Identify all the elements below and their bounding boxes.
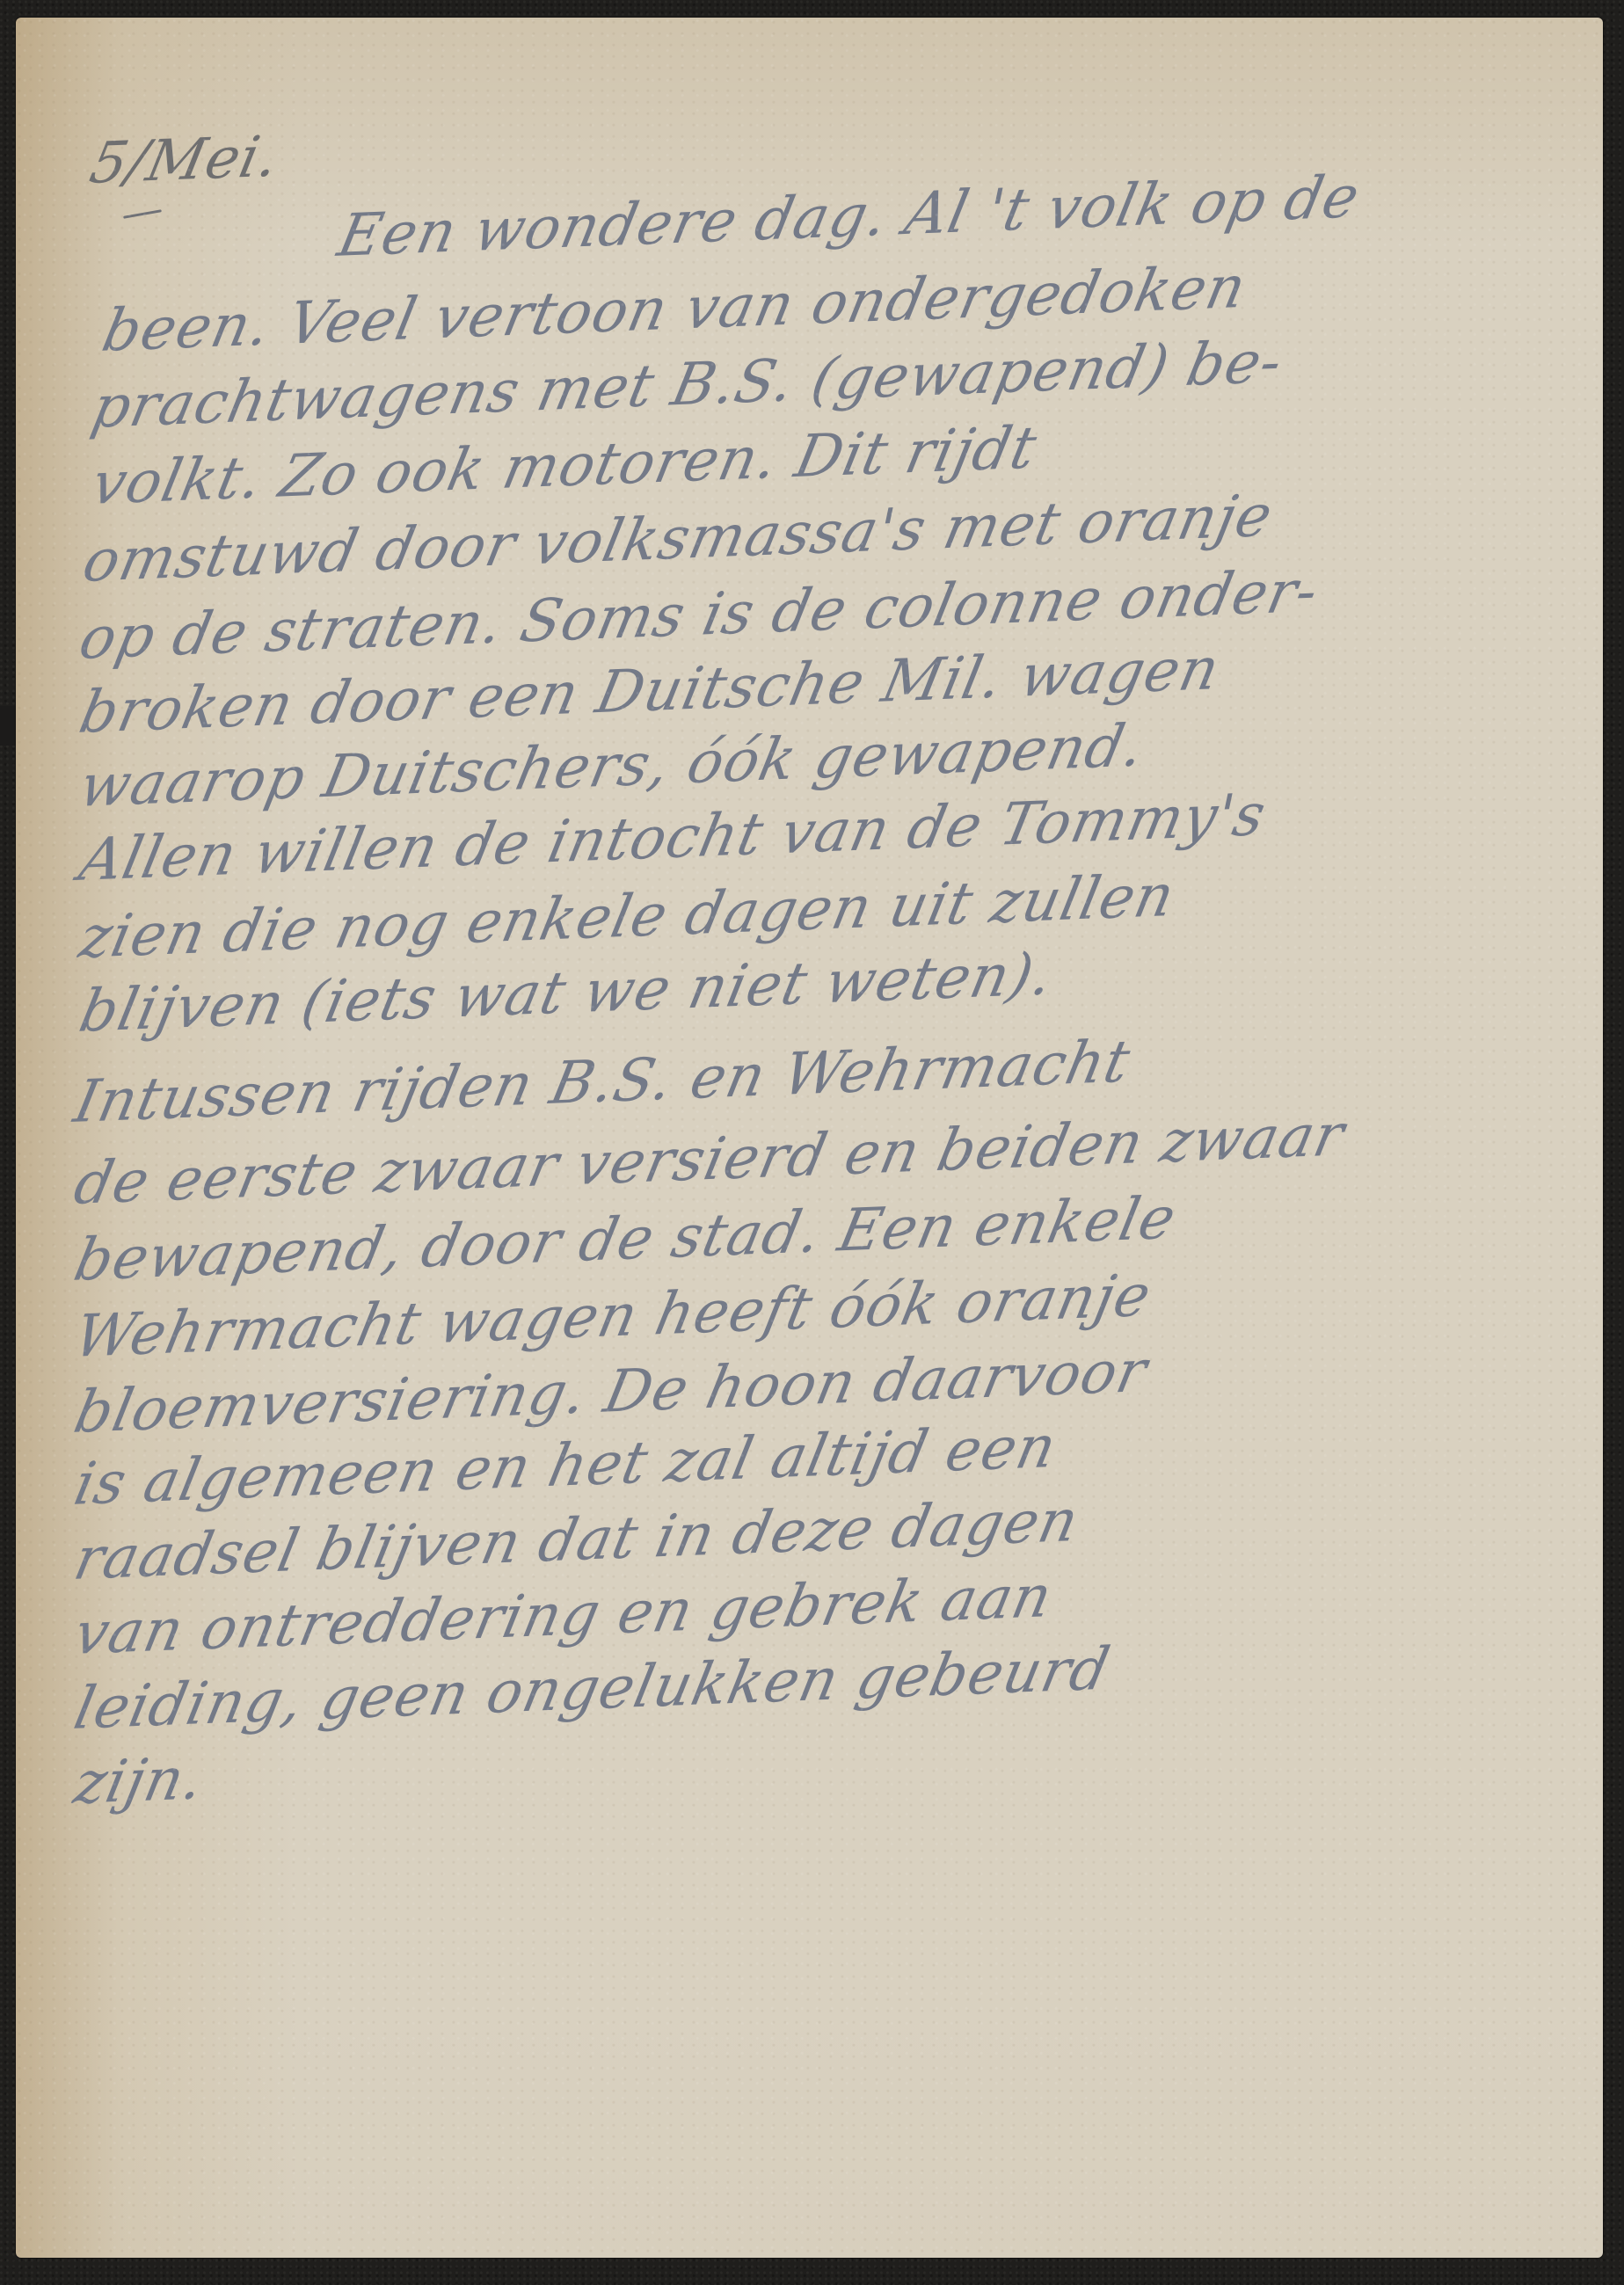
date-heading: 5/Mei. (84, 124, 285, 197)
text-line-21: zijn. (69, 1744, 210, 1817)
diary-page: 5/Mei. Een wondere dag. Al 't volk op de… (16, 18, 1603, 2258)
handwritten-text-block: 5/Mei. Een wondere dag. Al 't volk op de… (16, 18, 1603, 2258)
date-underline (123, 209, 162, 219)
